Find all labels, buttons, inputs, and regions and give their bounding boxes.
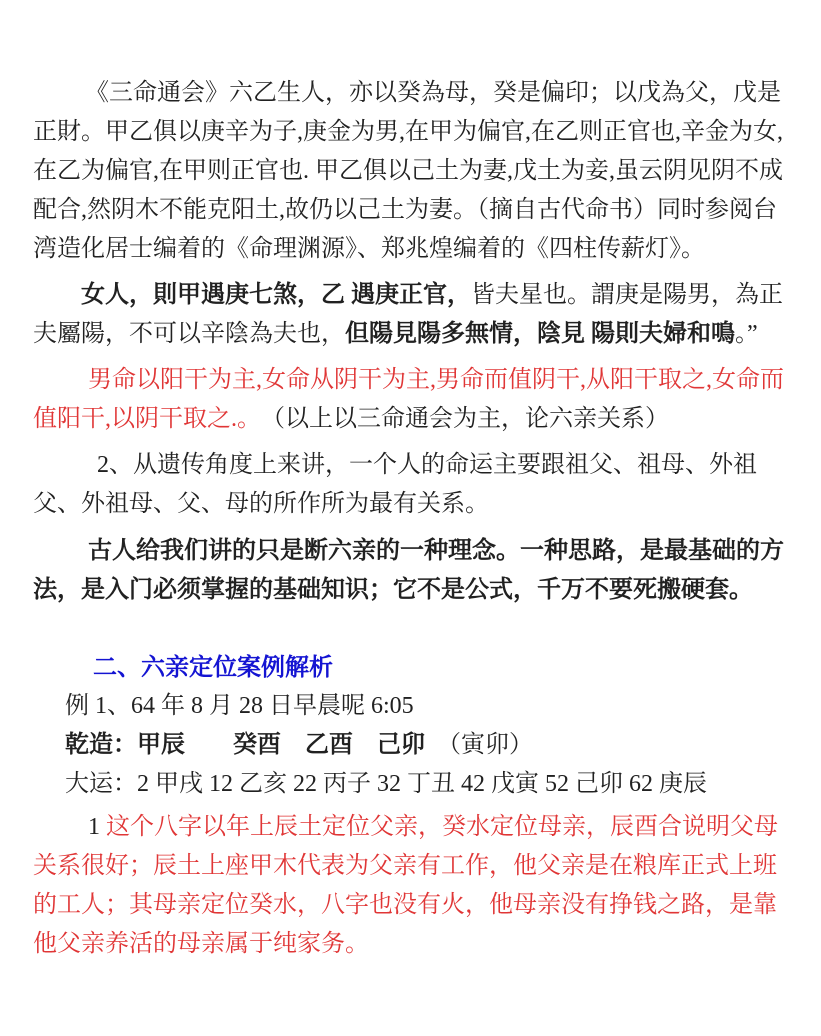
para-guren: 古人给我们讲的只是断六亲的一种理念。一种思路，是最基础的方法，是入门必须掌握的基… <box>33 531 790 609</box>
line-dayun: 大运：2 甲戌 12 乙亥 22 丙子 32 丁丑 42 戊寅 52 己卯 62… <box>33 765 790 804</box>
para-nvren: 女人，則甲遇庚七煞，乙 遇庚正官，皆夫星也。謂庚是陽男，為正夫屬陽，不可以辛陰為… <box>33 276 790 354</box>
line-qianzao: 乾造：甲辰 癸酉 乙酉 己卯 （寅卯） <box>33 726 790 765</box>
text-run-bold: 但陽見陽多無情，陰見 陽則夫婦和鳴 <box>345 321 735 347</box>
text-run: 2、从遗传角度上来讲，一个人的命运主要跟祖父、祖母、外祖父、外祖母、父、母的所作… <box>33 452 757 517</box>
para-sanmingtonghui: 《三命通会》六乙生人，亦以癸為母，癸是偏印；以戊為父，戊是正財。甲乙俱以庚辛为子… <box>33 74 790 269</box>
text-run-bold: 乾造：甲辰 癸酉 乙酉 己卯 <box>65 732 425 758</box>
heading-text: 二、六亲定位案例解析 <box>93 654 333 681</box>
text-run: 大运：2 甲戌 12 乙亥 22 丙子 32 丁丑 42 戊寅 52 己卯 62… <box>65 771 707 797</box>
section-heading: 二、六亲定位案例解析 <box>33 648 790 687</box>
text-run-bold: 古人给我们讲的只是断六亲的一种理念。一种思路，是最基础的方法，是入门必须掌握的基… <box>33 537 784 603</box>
para-nanming-red: 男命以阳干为主,女命从阴干为主,男命而值阴干,从阳干取之,女命而值阳干,以阴干取… <box>33 361 790 439</box>
text-run: 1 <box>88 814 106 840</box>
text-run: （寅卯） <box>425 732 533 758</box>
text-run-bold: 女人，則甲遇庚七煞，乙 遇庚正官， <box>81 282 471 308</box>
para-analysis-red: 1 这个八字以年上辰土定位父亲，癸水定位母亲，辰酉合说明父母关系很好；辰土上座甲… <box>33 808 790 964</box>
document-page: 《三命通会》六乙生人，亦以癸為母，癸是偏印；以戊為父，戊是正財。甲乙俱以庚辛为子… <box>0 0 821 964</box>
text-run: 例 1、64 年 8 月 28 日早晨呢 6:05 <box>65 693 414 719</box>
line-example: 例 1、64 年 8 月 28 日早晨呢 6:05 <box>33 687 790 726</box>
text-run-red: 这个八字以年上辰土定位父亲，癸水定位母亲，辰酉合说明父母关系很好；辰土上座甲木代… <box>33 814 778 957</box>
para-yichuan: 2、从遗传角度上来讲，一个人的命运主要跟祖父、祖母、外祖父、外祖母、父、母的所作… <box>33 446 790 524</box>
text-run: 《三命通会》六乙生人，亦以癸為母，癸是偏印；以戊為父，戊是正財。甲乙俱以庚辛为子… <box>33 80 783 262</box>
text-run: （以上以三命通会为主，论六亲关系） <box>249 406 669 432</box>
text-run: 。” <box>735 321 758 347</box>
